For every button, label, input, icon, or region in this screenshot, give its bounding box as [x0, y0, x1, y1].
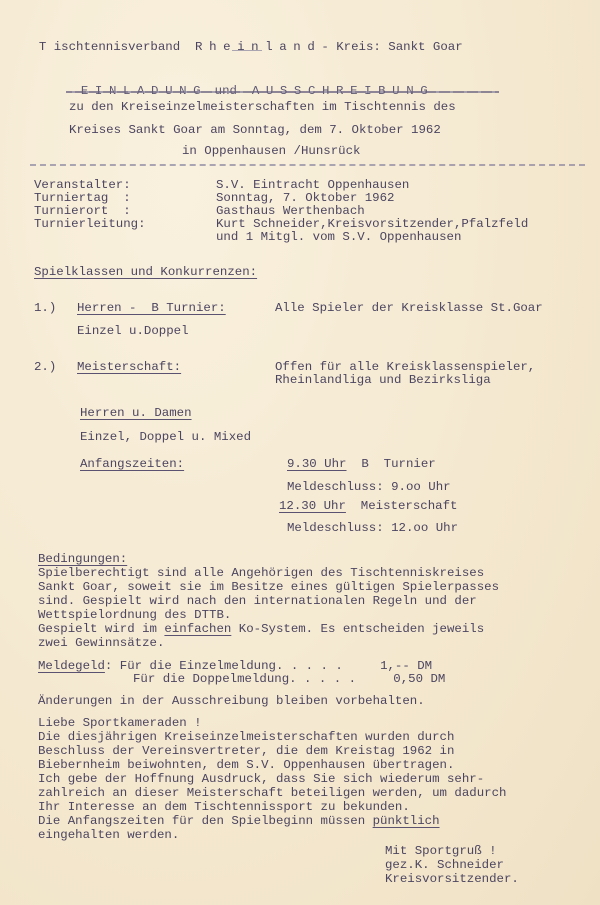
ko-post: Ko-System. Es entscheiden jeweils	[231, 622, 484, 636]
item1-number: 1.)	[34, 302, 56, 315]
classes-heading: Spielklassen und Konkurrenzen:	[34, 266, 257, 279]
item2-description-2: Rheinlandliga und Bezirksliga	[275, 374, 491, 387]
letter-line: Die diesjährigen Kreiseinzelmeisterschaf…	[38, 731, 454, 744]
letter-emphasis: pünktlich	[373, 814, 440, 828]
item2-subtitle: Einzel, Doppel u. Mixed	[80, 431, 251, 444]
letter-line: Biebernheim beiwohnten, dem S.V. Oppenha…	[38, 759, 454, 772]
letter-last-line: Die Anfangszeiten für den Spielbeginn mü…	[38, 815, 440, 828]
org-region: Rheinland	[195, 40, 321, 54]
signature-name: gez.K. Schneider	[385, 859, 504, 872]
info-value: und 1 Mitgl. vom S.V. Oppenhausen	[216, 231, 461, 244]
title-line-2: Kreises Sankt Goar am Sonntag, dem 7. Ok…	[69, 124, 441, 137]
fee-colon: :	[105, 659, 112, 673]
time-2-deadline: Meldeschluss: 12.oo Uhr	[287, 522, 458, 535]
letter-line: Beschluss der Vereinsvertreter, die dem …	[38, 745, 454, 758]
signature-closing: Mit Sportgruß !	[385, 845, 497, 858]
item2-group: Herren u. Damen	[80, 407, 192, 420]
letter-greeting: Liebe Sportkameraden !	[38, 717, 202, 730]
title-dashed-divider	[30, 164, 585, 167]
item1-title: Herren - B Turnier:	[77, 302, 226, 315]
time-1: 9.30 Uhr B Turnier	[287, 458, 436, 471]
ko-pre: Gespielt wird im	[38, 622, 164, 636]
info-label: Turnierleitung:	[34, 218, 146, 231]
letter-last-pre: Die Anfangszeiten für den Spielbeginn mü…	[38, 814, 373, 828]
fee-label: Meldegeld	[38, 659, 105, 673]
time-2-event: Meisterschaft	[361, 499, 458, 513]
org-suffix: - Kreis: Sankt Goar	[321, 40, 462, 54]
time-1-event: B Turnier	[361, 457, 435, 471]
item1-subtitle: Einzel u.Doppel	[77, 325, 189, 338]
org-prefix: T ischtennisverband	[39, 40, 180, 54]
start-times-label: Anfangszeiten:	[80, 458, 184, 471]
title-line-1: zu den Kreiseinzelmeisterschaften im Tis…	[69, 101, 456, 114]
letter-line: zahlreich an dieser Meisterschaft beteil…	[38, 787, 506, 800]
title-underline	[66, 91, 499, 93]
ko-emphasis: einfachen	[164, 622, 231, 636]
signature-title: Kreisvorsitzender.	[385, 873, 519, 886]
time-2-clock: 12.30 Uhr	[279, 499, 346, 513]
item2-number: 2.)	[34, 361, 56, 374]
conditions-line: sind. Gespielt wird nach den internation…	[38, 595, 477, 608]
conditions-line: Sankt Goar, soweit sie im Besitze eines …	[38, 581, 499, 594]
conditions-line: Spielberechtigt sind alle Angehörigen de…	[38, 567, 484, 580]
conditions-heading: Bedingungen:	[38, 553, 127, 566]
letter-line: Ihr Interesse an dem Tischtennissport zu…	[38, 801, 410, 814]
letter-line: Ich gebe der Hoffnung Ausdruck, dass Sie…	[38, 773, 484, 786]
fee-single-amount: 1,-- DM	[380, 659, 432, 673]
item2-title: Meisterschaft:	[77, 361, 181, 374]
title-line-3: in Oppenhausen /Hunsrück	[182, 145, 360, 158]
item1-description: Alle Spieler der Kreisklasse St.Goar	[275, 302, 543, 315]
fee-double-label: Für die Doppelmeldung. . . . .	[133, 672, 356, 686]
conditions-line: Wettspielordnung des DTTB.	[38, 609, 231, 622]
time-1-clock: 9.30 Uhr	[287, 457, 347, 471]
conditions-line: zwei Gewinnsätze.	[38, 637, 164, 650]
fee-single-label: Für die Einzelmeldung. . . . .	[120, 659, 343, 673]
conditions-ko-system: Gespielt wird im einfachen Ko-System. Es…	[38, 623, 484, 636]
fee-double-amount: 0,50 DM	[393, 672, 445, 686]
fee-double: Für die Doppelmeldung. . . . . 0,50 DM	[133, 673, 445, 686]
time-2: 12.30 Uhr Meisterschaft	[279, 500, 457, 513]
doc-title: EINLADUNG und AUSSCHREIBUNG	[66, 72, 434, 98]
time-1-deadline: Meldeschluss: 9.oo Uhr	[287, 481, 451, 494]
changes-notice: Änderungen in der Ausschreibung bleiben …	[38, 695, 425, 708]
header-divider	[232, 50, 262, 51]
letter-line: eingehalten werden.	[38, 829, 179, 842]
